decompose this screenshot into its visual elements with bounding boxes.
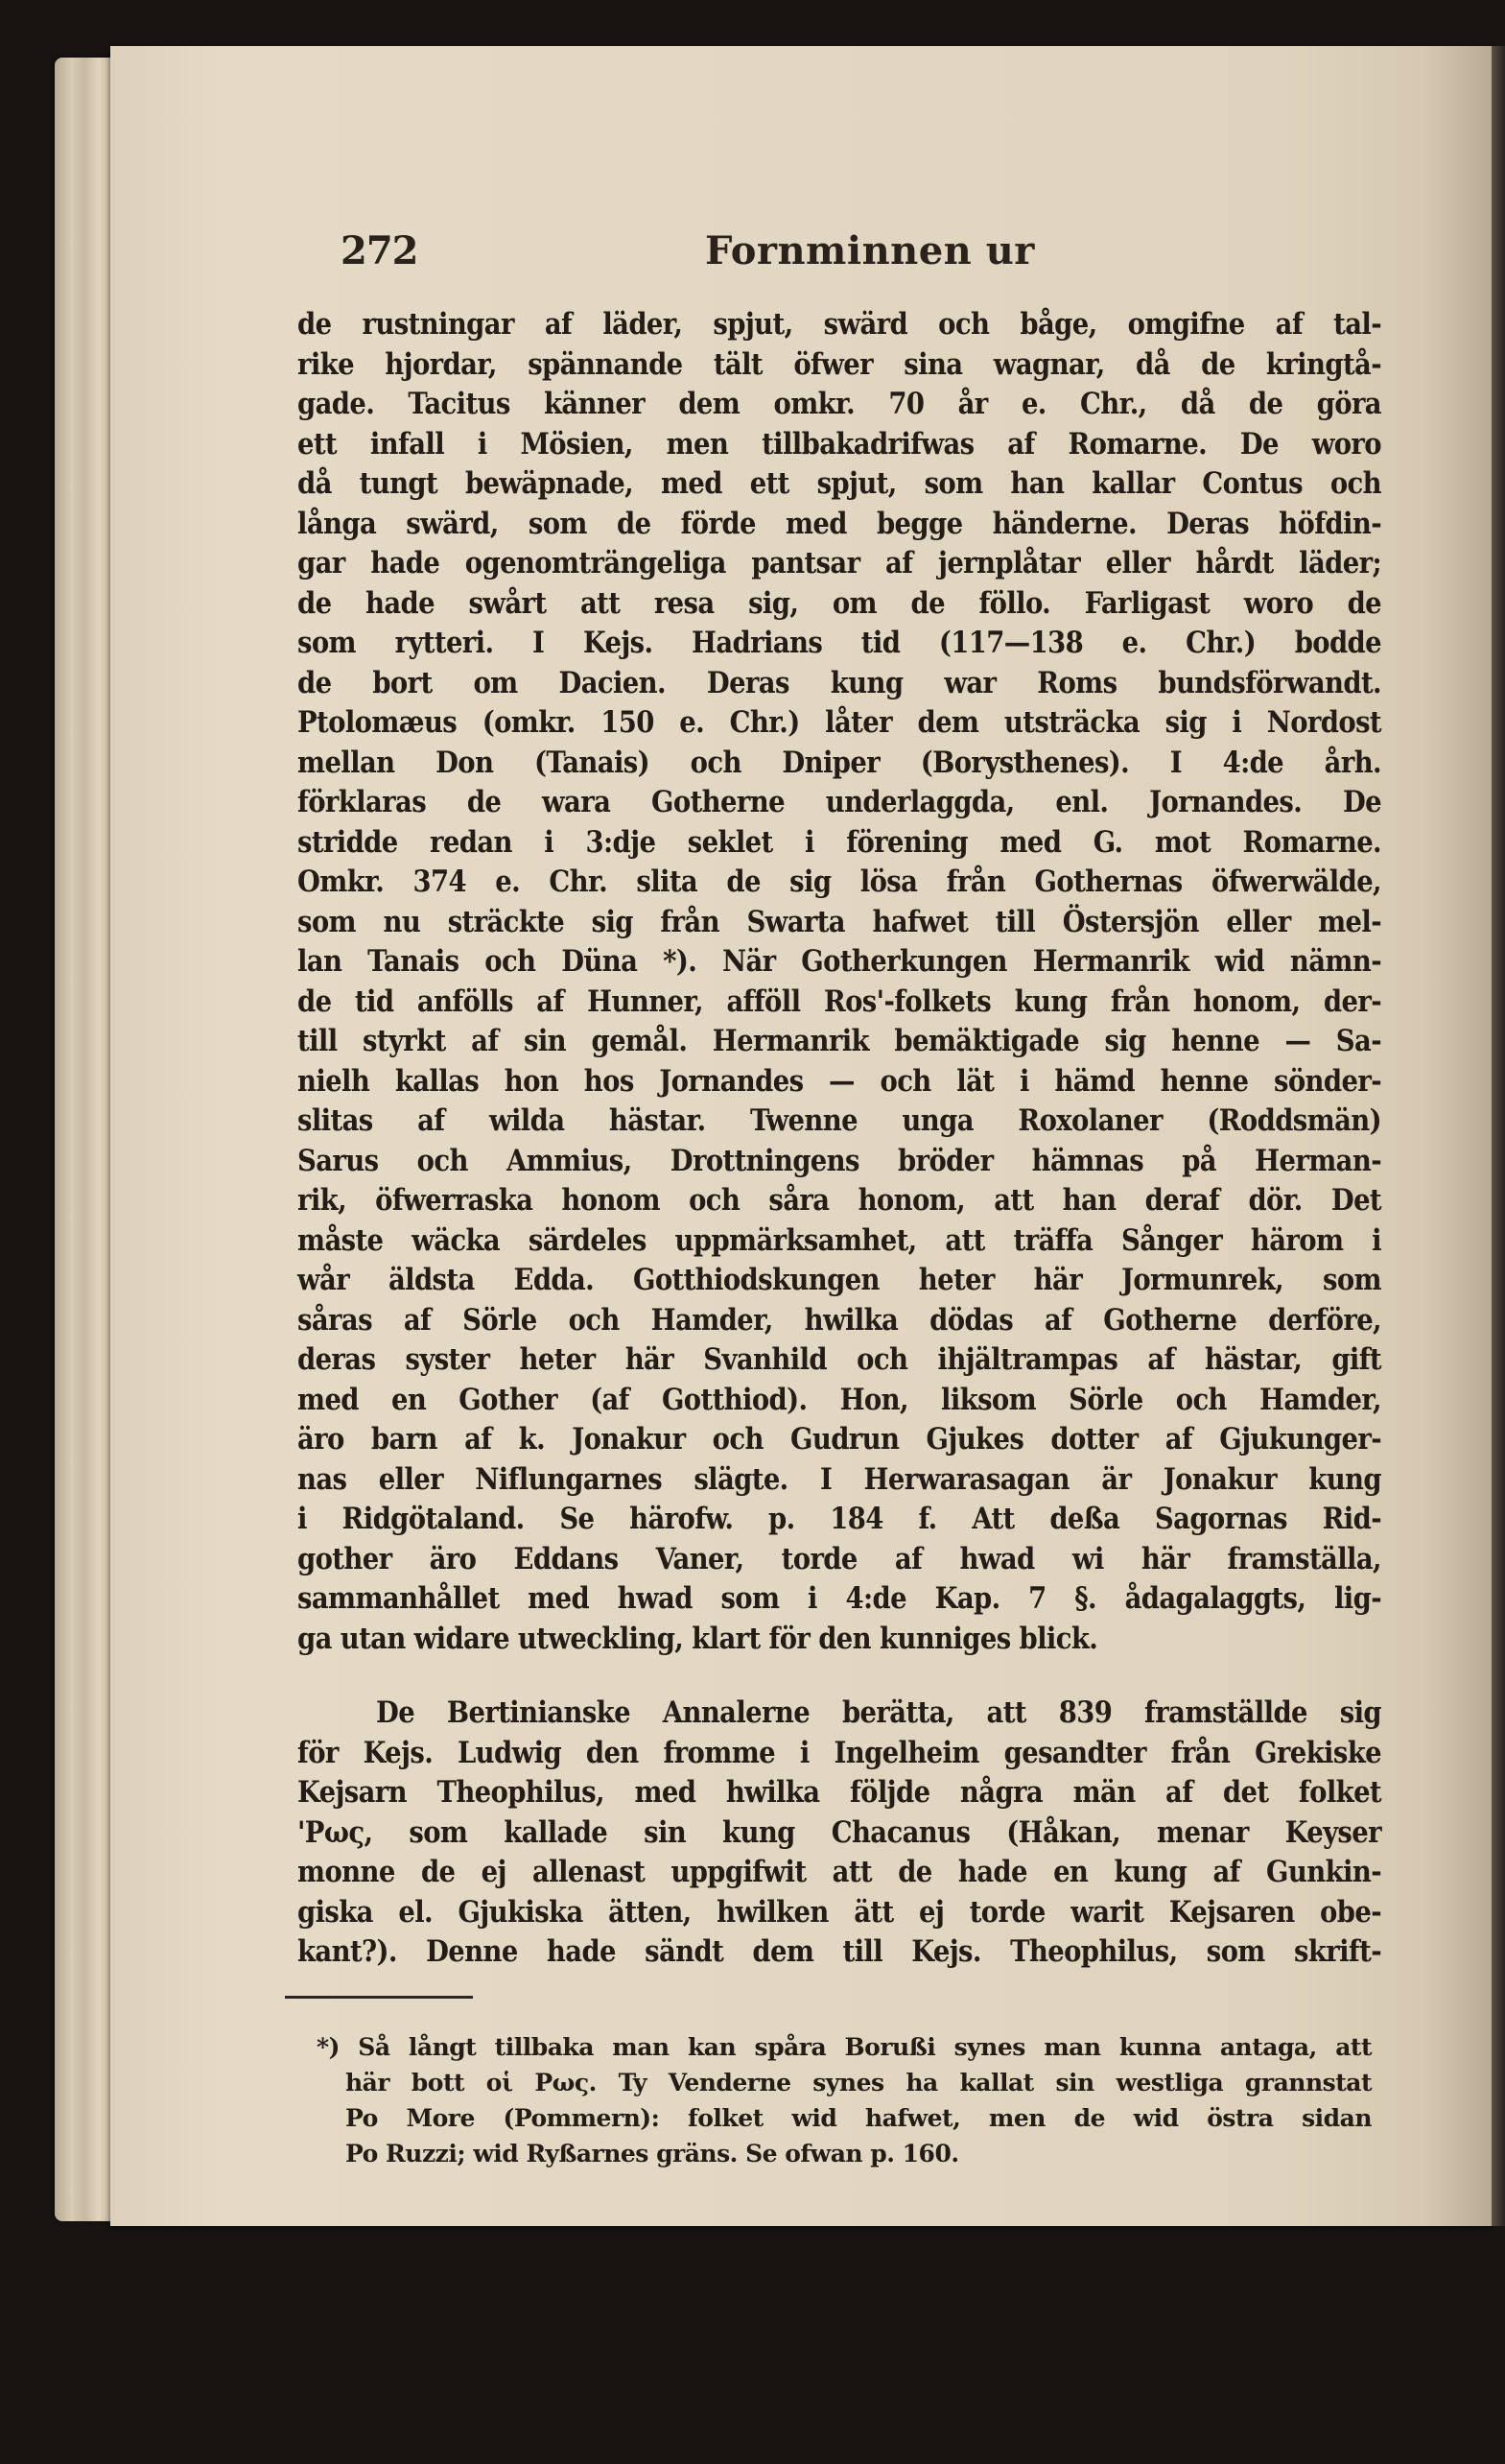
footnote-line: Po Ruzzi; wid Ryßarnes gräns. Se ofwan p… — [317, 2136, 1372, 2171]
text-line: med en Gother (af Gotthiod). Hon, liksom… — [297, 1381, 1381, 1421]
text-line: de rustningar af läder, spjut, swärd och… — [297, 305, 1381, 345]
text-line: Ptolomæus (omkr. 150 e. Chr.) låter dem … — [297, 703, 1381, 744]
text-line: slitas af wilda hästar. Twenne unga Roxo… — [297, 1102, 1381, 1142]
text-line: ga utan widare utweckling, klart för den… — [297, 1620, 1381, 1660]
text-line: mellan Don (Tanais) och Dniper (Borysthe… — [297, 744, 1381, 784]
paragraph-spacer — [297, 1659, 1381, 1694]
text-line: till styrkt af sin gemål. Hermanrik bemä… — [297, 1022, 1381, 1062]
text-line: måste wäcka särdeles uppmärksamhet, att … — [297, 1221, 1381, 1262]
text-line: då tungt bewäpnade, med ett spjut, som h… — [297, 464, 1381, 505]
text-line: i Ridgötaland. Se härofw. p. 184 f. Att … — [297, 1500, 1381, 1540]
text-line: de tid anfölls af Hunner, afföll Ros'-fo… — [297, 983, 1381, 1023]
body-text: de rustningar af läder, spjut, swärd och… — [297, 305, 1381, 1973]
text-line: deras syster heter här Svanhild och ihjä… — [297, 1340, 1381, 1381]
text-line: för Kejs. Ludwig den fromme i Ingelheim … — [297, 1734, 1381, 1774]
text-line: rik, öfwerraska honom och såra honom, at… — [297, 1181, 1381, 1221]
text-line: rike hjordar, spännande tält öfwer sina … — [297, 345, 1381, 386]
page-gutter-shadow — [1492, 46, 1505, 2226]
paragraph: De Bertinianske Annalerne berätta, att 8… — [297, 1694, 1381, 1973]
text-line: nielh kallas hon hos Jornandes — och lät… — [297, 1062, 1381, 1102]
text-line: nas eller Niflungarnes slägte. I Herwara… — [297, 1460, 1381, 1501]
text-line: äro barn af k. Jonakur och Gudrun Gjukes… — [297, 1420, 1381, 1460]
text-line: giska el. Gjukiska ätten, hwilken ätt ej… — [297, 1893, 1381, 1933]
text-line: som nu sträckte sig från Swarta hafwet t… — [297, 903, 1381, 943]
text-line: Sarus och Ammius, Drottningens bröder hä… — [297, 1142, 1381, 1182]
text-line: de hade swårt att resa sig, om de föllo.… — [297, 584, 1381, 625]
text-line: förklaras de wara Gotherne underlaggda, … — [297, 783, 1381, 823]
text-line: stridde redan i 3:dje seklet i förening … — [297, 823, 1381, 864]
page-number: 272 — [341, 228, 418, 273]
footnote-separator — [285, 1996, 473, 1999]
footnote-line: Po More (Pommern): folket wid hafwet, me… — [317, 2100, 1372, 2136]
text-line: de bort om Dacien. Deras kung war Roms b… — [297, 664, 1381, 704]
text-line: Omkr. 374 e. Chr. slita de sig lösa från… — [297, 863, 1381, 903]
paragraph: de rustningar af läder, spjut, swärd och… — [297, 305, 1381, 1659]
text-line: lan Tanais och Düna *). När Gotherkungen… — [297, 942, 1381, 983]
text-line: monne de ej allenast uppgifwit att de ha… — [297, 1853, 1381, 1893]
text-line: kant?). Denne hade sändt dem till Kejs. … — [297, 1932, 1381, 1973]
running-title: Fornminnen ur — [705, 228, 1035, 273]
text-line: gar hade ogenomträngeliga pantsar af jer… — [297, 544, 1381, 584]
running-head: 272 Fornminnen ur — [341, 228, 1381, 276]
text-line: sammanhållet med hwad som i 4:de Kap. 7 … — [297, 1579, 1381, 1620]
text-line: Kejsarn Theophilus, med hwilka följde nå… — [297, 1773, 1381, 1813]
text-line: De Bertinianske Annalerne berätta, att 8… — [297, 1694, 1381, 1734]
text-line: såras af Sörle och Hamder, hwilka dödas … — [297, 1301, 1381, 1341]
text-line: wår äldsta Edda. Gotthiodskungen heter h… — [297, 1261, 1381, 1301]
text-line: som rytteri. I Kejs. Hadrians tid (117—1… — [297, 624, 1381, 664]
footnote: *) Så långt tillbaka man kan spåra Boruß… — [317, 2029, 1372, 2171]
text-line: långa swärd, som de förde med begge händ… — [297, 505, 1381, 545]
footnote-line: *) Så långt tillbaka man kan spåra Boruß… — [317, 2029, 1372, 2065]
text-line: 'Ρως, som kallade sin kung Chacanus (Håk… — [297, 1813, 1381, 1854]
text-line: gother äro Eddans Vaner, torde af hwad w… — [297, 1540, 1381, 1580]
footnote-line: här bott οἱ Ρως. Ty Venderne synes ha ka… — [317, 2065, 1372, 2100]
text-line: gade. Tacitus känner dem omkr. 70 år e. … — [297, 385, 1381, 425]
text-line: ett infall i Mösien, men tillbakadrifwas… — [297, 425, 1381, 465]
